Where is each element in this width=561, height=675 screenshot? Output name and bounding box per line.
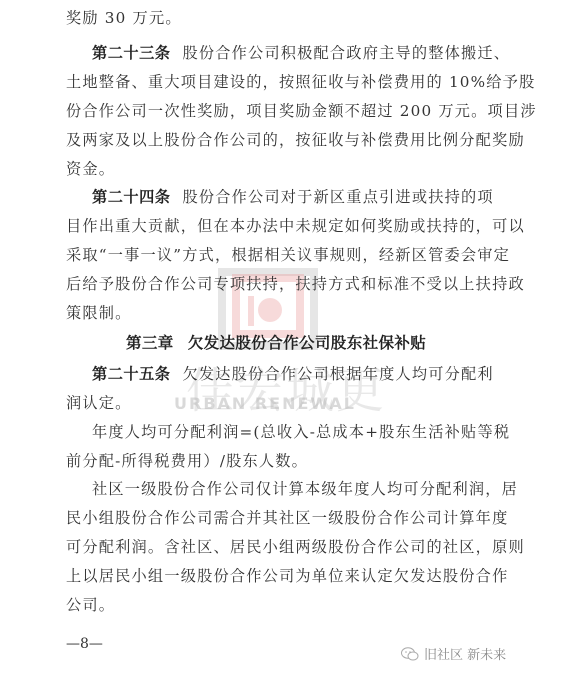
article-number: 第二十四条 <box>92 188 170 206</box>
article-24-line: 第二十四条股份合作公司对于新区重点引进或扶持的项 <box>92 187 461 207</box>
text-line: 及两家及以上股份合作公司的，按征收与补偿费用比例分配奖励 <box>66 130 461 150</box>
text-line: 奖励 30 万元。 <box>66 8 461 28</box>
text-line: 前分配-所得税费用）/股东人数。 <box>66 451 461 471</box>
text-line: 采取“一事一议”方式，根据相关议事规则，经新区管委会审定 <box>66 245 461 265</box>
footer-brand-text: 旧社区 新未来 <box>424 644 506 663</box>
text-line: 上以居民小组一级股份合作公司为单位来认定欠发达股份合作 <box>66 566 461 586</box>
text-line: 策限制。 <box>66 303 461 323</box>
text-line: 后给予股份合作公司专项扶持，扶持方式和标准不受以上扶持政 <box>66 274 461 294</box>
article-23-line: 第二十三条股份合作公司积极配合政府主导的整体搬迁、 <box>92 43 461 63</box>
wechat-icon <box>400 646 420 662</box>
text-line: 社区一级股份合作公司仅计算本级年度人均可分配利润，居 <box>92 479 461 499</box>
article-25-line: 第二十五条欠发达股份合作公司根据年度人均可分配利 <box>92 364 461 384</box>
text-line: 资金。 <box>66 159 461 179</box>
text-line: 润认定。 <box>66 393 461 413</box>
article-number: 第二十五条 <box>92 365 170 383</box>
text-line: 份合作公司一次性奖励，项目奖励金额不超过 200 万元。项目涉 <box>66 101 461 121</box>
page-number: —8— <box>66 636 103 652</box>
text-line: 公司。 <box>66 595 461 615</box>
text-line: 目作出重大贡献，但在本办法中未规定如何奖励或扶持的，可以 <box>66 216 461 236</box>
text-line: 年度人均可分配利润=(总收入-总成本+股东生活补贴等税 <box>92 422 461 442</box>
footer-brand: 旧社区 新未来 <box>400 644 506 663</box>
text-line: 土地整备、重大项目建设的，按照征收与补偿费用的 10%给予股 <box>66 72 461 92</box>
document-page: 佳宏城更 URBAN RENEWAL 奖励 30 万元。 第二十三条股份合作公司… <box>0 0 561 675</box>
article-number: 第二十三条 <box>92 44 170 62</box>
text-line: 民小组股份合作公司需合并其社区一级股份合作公司计算年度 <box>66 508 461 528</box>
chapter-heading: 第三章欠发达股份合作公司股东社保补贴 <box>126 331 426 353</box>
text-line: 可分配利润。含社区、居民小组两级股份合作公司的社区，原则 <box>66 537 461 557</box>
